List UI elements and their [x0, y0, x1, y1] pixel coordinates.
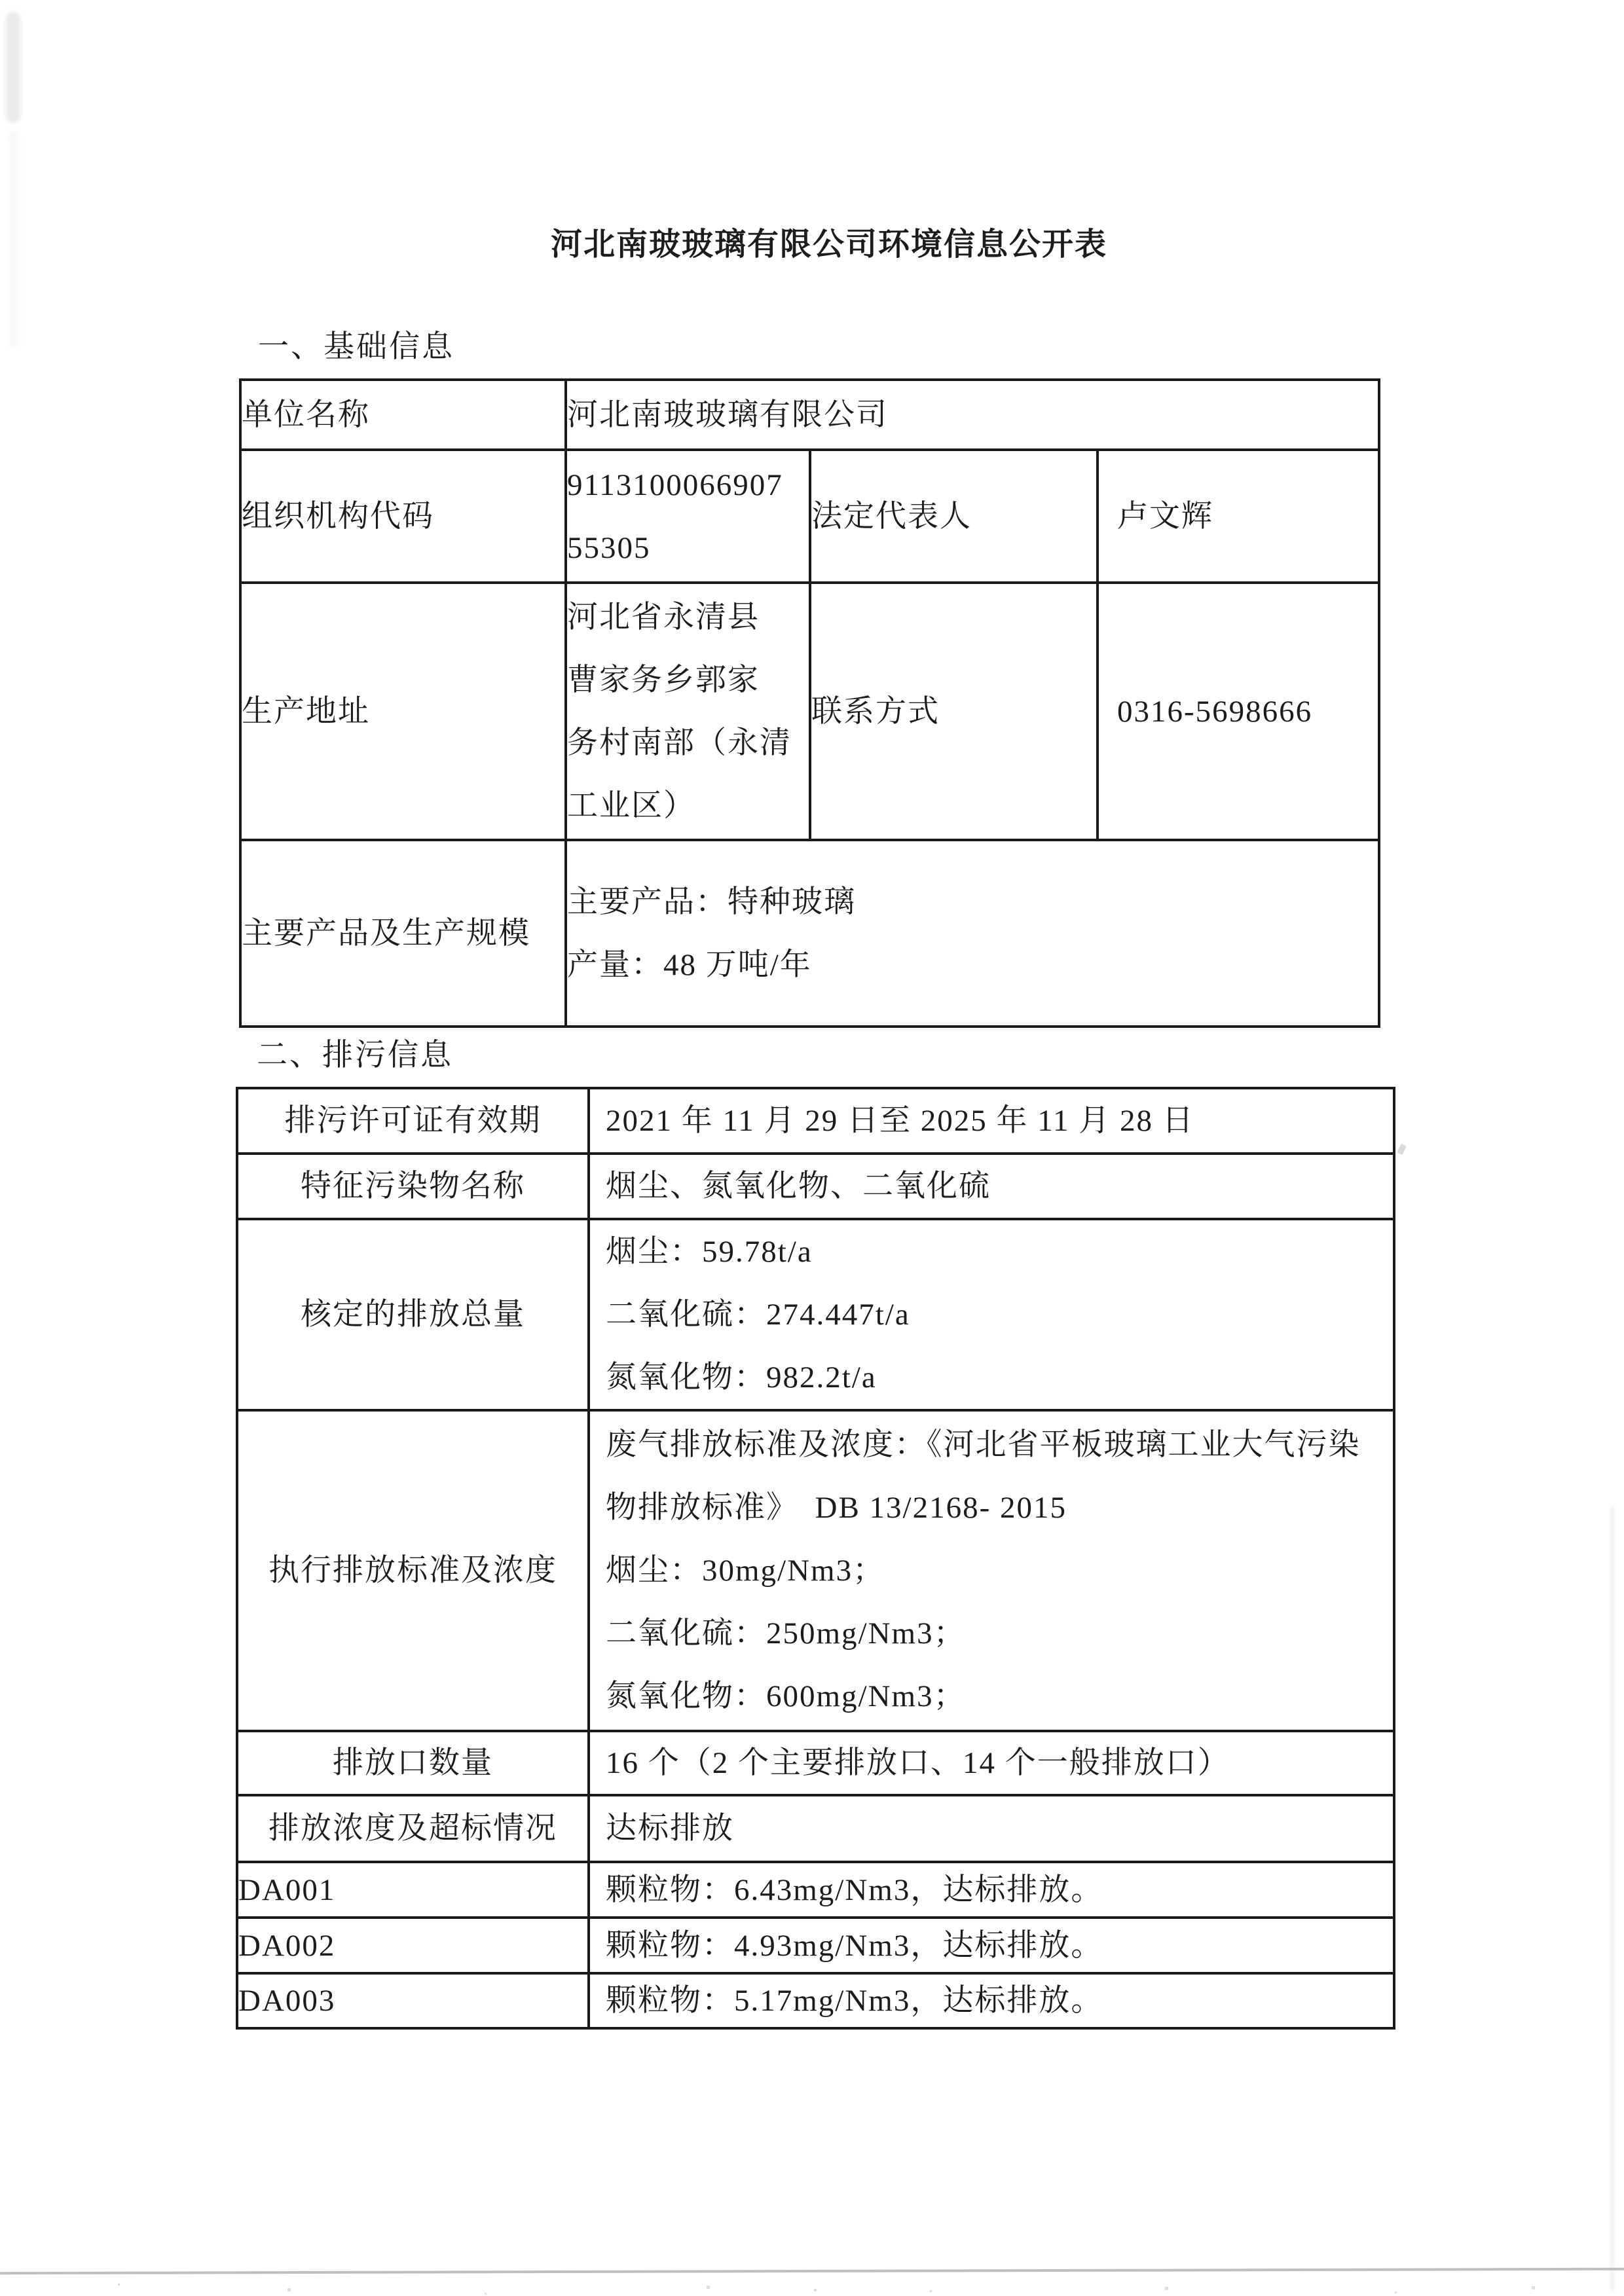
address-label: 生产地址: [240, 583, 566, 840]
outlet-measurement: 颗粒物：5.17mg/Nm3，达标排放。: [589, 1973, 1394, 2028]
emission-info-table: 排污许可证有效期 2021 年 11 月 29 日至 2025 年 11 月 2…: [236, 1087, 1395, 2030]
outlet-id: DA001: [237, 1862, 589, 1918]
standards-label: 执行排放标准及浓度: [237, 1410, 589, 1731]
org-code-line: 9113100066907: [567, 454, 809, 517]
table-row-characteristic-pollutants: 特征污染物名称 烟尘、氮氧化物、二氧化硫: [237, 1154, 1394, 1219]
approved-totals-line: 氮氧化物：982.2t/a: [606, 1346, 1393, 1409]
approved-totals-line: 二氧化硫：274.447t/a: [606, 1283, 1393, 1346]
unit-name-label: 单位名称: [240, 380, 566, 450]
address-value: 河北省永清县 曹家务乡郭家 务村南部（永清 工业区）: [566, 583, 810, 840]
table-row-outlet-count: 排放口数量 16 个（2 个主要排放口、14 个一般排放口）: [237, 1731, 1394, 1795]
org-code-value: 9113100066907 55305: [566, 450, 810, 583]
standards-line: 废气排放标准及浓度：《河北省平板玻璃工业大气污染: [606, 1413, 1393, 1476]
approved-totals-label: 核定的排放总量: [237, 1219, 589, 1410]
standards-line: 烟尘：30mg/Nm3；: [606, 1539, 1393, 1602]
table-row-outlet-da001: DA001 颗粒物：6.43mg/Nm3，达标排放。: [237, 1862, 1394, 1918]
approved-totals-line: 烟尘：59.78t/a: [606, 1220, 1393, 1283]
table-row-org-code: 组织机构代码 9113100066907 55305 法定代表人 卢文辉: [240, 450, 1379, 583]
paper-edge-shadow: [0, 2268, 1624, 2275]
products-line: 主要产品：特种玻璃: [567, 871, 1378, 934]
standards-line: 二氧化硫：250mg/Nm3；: [606, 1602, 1393, 1665]
legal-rep-value: 卢文辉: [1098, 450, 1379, 583]
basic-info-table: 单位名称 河北南玻玻璃有限公司 组织机构代码 9113100066907 553…: [239, 378, 1380, 1028]
approved-totals-value: 烟尘：59.78t/a 二氧化硫：274.447t/a 氮氧化物：982.2t/…: [589, 1219, 1394, 1410]
section-heading-basic-info: 一、基础信息: [258, 327, 454, 367]
document-title: 河北南玻玻璃有限公司环境信息公开表: [0, 224, 1624, 266]
address-line: 务村南部（永清: [567, 712, 809, 774]
compliance-label: 排放浓度及超标情况: [237, 1795, 589, 1862]
scan-smudge: [5, 12, 21, 123]
table-row-unit-name: 单位名称 河北南玻玻璃有限公司: [240, 380, 1379, 450]
products-line: 产量：48 万吨/年: [567, 934, 1378, 996]
address-line: 河北省永清县: [567, 586, 809, 649]
scan-speckles: [118, 2284, 120, 2286]
products-value: 主要产品：特种玻璃 产量：48 万吨/年: [566, 840, 1379, 1027]
section-heading-emission-info: 二、排污信息: [257, 1036, 453, 1075]
table-row-permit-validity: 排污许可证有效期 2021 年 11 月 29 日至 2025 年 11 月 2…: [237, 1088, 1394, 1154]
outlet-count-value: 16 个（2 个主要排放口、14 个一般排放口）: [589, 1731, 1394, 1795]
table-row-approved-totals: 核定的排放总量 烟尘：59.78t/a 二氧化硫：274.447t/a 氮氧化物…: [237, 1219, 1394, 1410]
standards-value: 废气排放标准及浓度：《河北省平板玻璃工业大气污染 物排放标准》 DB 13/21…: [589, 1410, 1394, 1731]
org-code-label: 组织机构代码: [240, 450, 566, 583]
outlet-measurement: 颗粒物：6.43mg/Nm3，达标排放。: [589, 1862, 1394, 1918]
scan-speck: [814, 2289, 817, 2291]
table-row-products: 主要产品及生产规模 主要产品：特种玻璃 产量：48 万吨/年: [240, 840, 1379, 1027]
unit-name-value: 河北南玻玻璃有限公司: [566, 380, 1379, 450]
permit-validity-value: 2021 年 11 月 29 日至 2025 年 11 月 28 日: [589, 1088, 1394, 1154]
scanned-document-page: { "title": "河北南玻玻璃有限公司环境信息公开表", "section…: [0, 0, 1624, 2296]
characteristic-pollutants-value: 烟尘、氮氧化物、二氧化硫: [589, 1154, 1394, 1219]
characteristic-pollutants-label: 特征污染物名称: [237, 1154, 589, 1219]
table-row-compliance: 排放浓度及超标情况 达标排放: [237, 1795, 1394, 1862]
compliance-value: 达标排放: [589, 1795, 1394, 1862]
table-row-outlet-da003: DA003 颗粒物：5.17mg/Nm3，达标排放。: [237, 1973, 1394, 2028]
scan-streak: [1610, 1506, 1614, 2291]
legal-rep-label: 法定代表人: [810, 450, 1098, 583]
outlet-id: DA003: [237, 1973, 589, 2028]
table-row-standards: 执行排放标准及浓度 废气排放标准及浓度：《河北省平板玻璃工业大气污染 物排放标准…: [237, 1410, 1394, 1731]
org-code-line: 55305: [567, 517, 809, 579]
address-line: 工业区）: [567, 774, 809, 837]
address-line: 曹家务乡郭家: [567, 649, 809, 712]
contact-value: 0316-5698666: [1098, 583, 1379, 840]
outlet-id: DA002: [237, 1918, 589, 1973]
table-row-address: 生产地址 河北省永清县 曹家务乡郭家 务村南部（永清 工业区） 联系方式 031…: [240, 583, 1379, 840]
outlet-count-label: 排放口数量: [237, 1731, 589, 1795]
standards-line: 氮氧化物：600mg/Nm3；: [606, 1665, 1393, 1728]
scan-speck: [1397, 1144, 1406, 1155]
products-label: 主要产品及生产规模: [240, 840, 566, 1027]
permit-validity-label: 排污许可证有效期: [237, 1088, 589, 1154]
standards-line: 物排放标准》 DB 13/2168- 2015: [606, 1476, 1393, 1539]
table-row-outlet-da002: DA002 颗粒物：4.93mg/Nm3，达标排放。: [237, 1918, 1394, 1973]
outlet-measurement: 颗粒物：4.93mg/Nm3，达标排放。: [589, 1918, 1394, 1973]
contact-label: 联系方式: [810, 583, 1098, 840]
